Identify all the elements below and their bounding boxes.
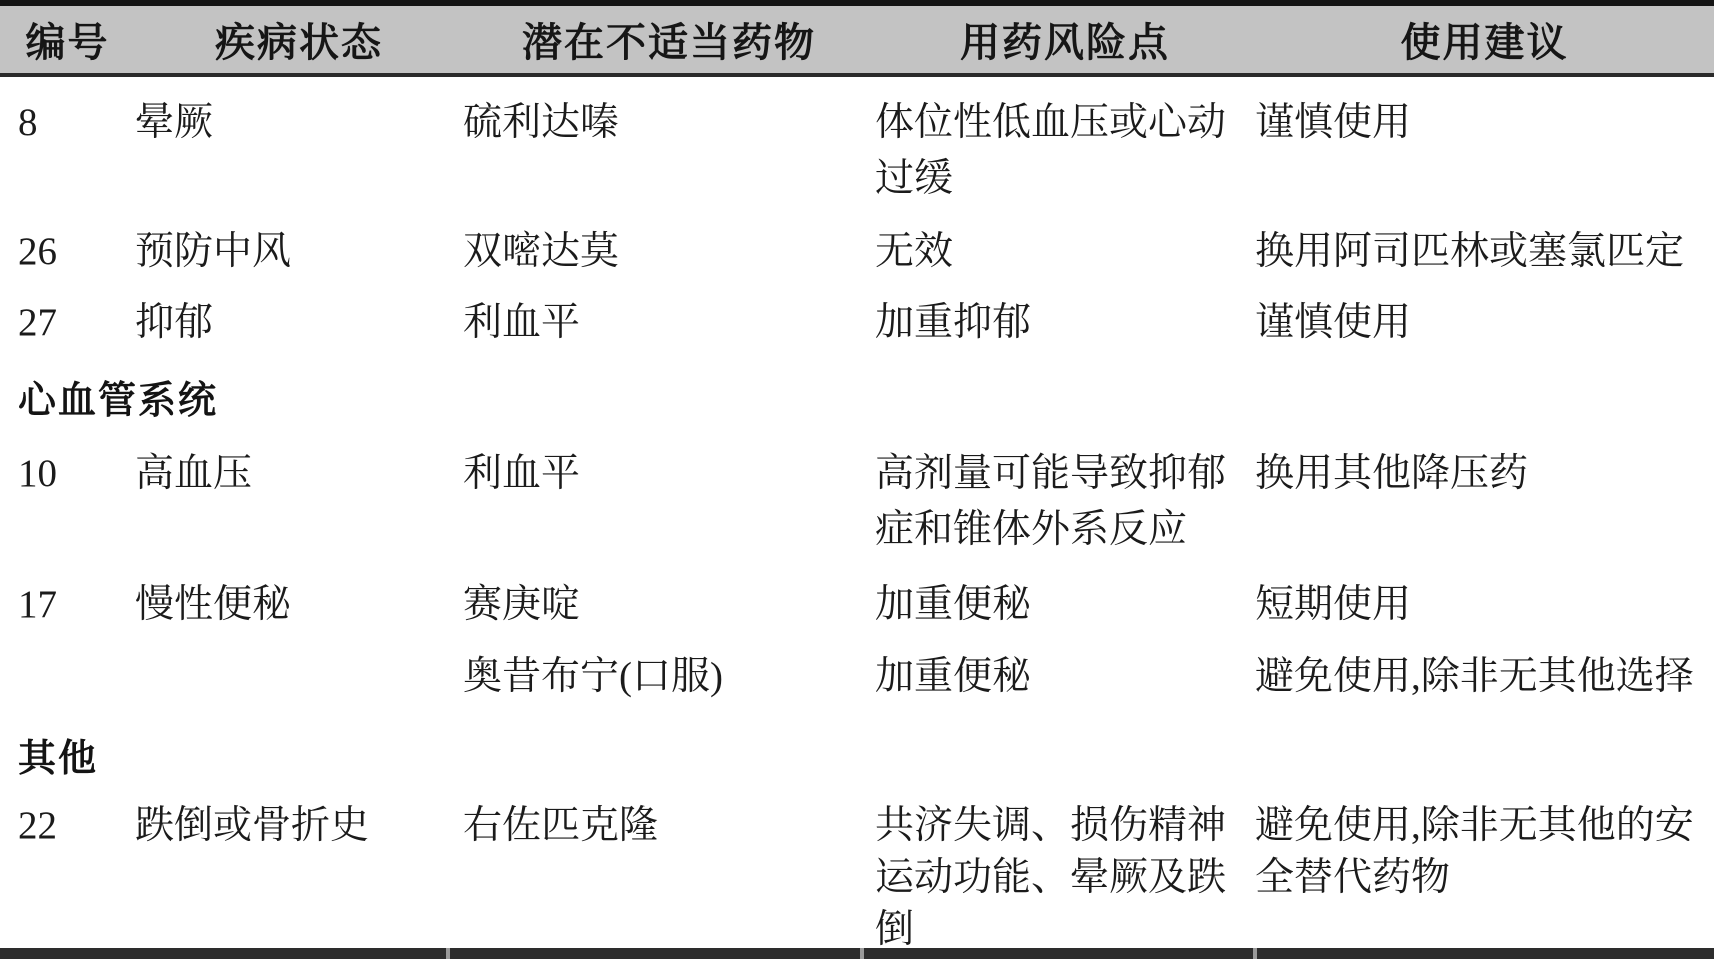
table-row: 22跌倒或骨折史右佐匹克隆共济失调、损伤精神 运动功能、晕厥及跌 倒避免使用,除… [0, 800, 1714, 956]
table-row: 27抑郁利血平加重抑郁谨慎使用 [0, 295, 1714, 351]
cell-advice: 谨慎使用 [1255, 295, 1714, 351]
cell-no: 17 [0, 577, 135, 633]
cell-risk: 加重抑郁 [875, 295, 1255, 351]
cell-drug: 利血平 [463, 446, 875, 502]
cell-no: 8 [0, 95, 135, 151]
cell-disease: 预防中风 [135, 224, 463, 280]
table-row: 17慢性便秘赛庚啶加重便秘短期使用 [0, 577, 1714, 633]
cell-advice: 避免使用,除非无其他的安 全替代药物 [1255, 800, 1714, 904]
section-header-row: 心血管系统 [0, 373, 1714, 429]
cell-advice: 换用其他降压药 [1255, 446, 1714, 502]
header-cell-drug: 潜在不适当药物 [463, 11, 875, 68]
cell-disease: 抑郁 [135, 295, 463, 351]
header-cell-disease: 疾病状态 [135, 11, 463, 68]
cell-drug: 利血平 [463, 295, 875, 351]
cell-drug: 右佐匹克隆 [463, 800, 875, 852]
table-row: 奥昔布宁(口服)加重便秘避免使用,除非无其他选择 [0, 649, 1714, 705]
table-row: 26预防中风双嘧达莫无效换用阿司匹林或塞氯匹定 [0, 224, 1714, 280]
cell-drug: 硫利达嗪 [463, 95, 875, 151]
cell-disease: 慢性便秘 [135, 577, 463, 633]
cell-advice: 谨慎使用 [1255, 95, 1714, 151]
cell-drug: 奥昔布宁(口服) [463, 649, 875, 705]
cell-drug: 赛庚啶 [463, 577, 875, 633]
cell-advice: 换用阿司匹林或塞氯匹定 [1255, 224, 1714, 280]
table-bottom-rule [0, 948, 1714, 959]
cell-drug: 双嘧达莫 [463, 224, 875, 280]
table-row: 10高血压利血平高剂量可能导致抑郁 症和锥体外系反应换用其他降压药 [0, 446, 1714, 558]
table-body: 8晕厥硫利达嗪体位性低血压或心动 过缓谨慎使用26预防中风双嘧达莫无效换用阿司匹… [0, 77, 1714, 956]
cell-advice: 避免使用,除非无其他选择 [1255, 649, 1714, 705]
cell-risk: 加重便秘 [875, 577, 1255, 633]
cell-disease: 晕厥 [135, 95, 463, 151]
table-row: 8晕厥硫利达嗪体位性低血压或心动 过缓谨慎使用 [0, 95, 1714, 207]
cell-advice: 短期使用 [1255, 577, 1714, 633]
cell-risk: 体位性低血压或心动 过缓 [875, 95, 1255, 207]
table-header-row: 编号 疾病状态 潜在不适当药物 用药风险点 使用建议 [0, 6, 1714, 77]
cell-disease: 跌倒或骨折史 [135, 800, 463, 852]
header-cell-advice: 使用建议 [1255, 11, 1714, 68]
cell-no: 26 [0, 224, 135, 280]
cell-risk: 加重便秘 [875, 649, 1255, 705]
cell-risk: 高剂量可能导致抑郁 症和锥体外系反应 [875, 446, 1255, 558]
header-cell-no: 编号 [0, 11, 135, 68]
cell-no: 27 [0, 295, 135, 351]
cell-no: 22 [0, 800, 135, 852]
cell-risk: 共济失调、损伤精神 运动功能、晕厥及跌 倒 [875, 800, 1255, 956]
cell-risk: 无效 [875, 224, 1255, 280]
cell-no: 10 [0, 446, 135, 502]
cell-disease: 高血压 [135, 446, 463, 502]
table-page: 编号 疾病状态 潜在不适当药物 用药风险点 使用建议 8晕厥硫利达嗪体位性低血压… [0, 0, 1714, 959]
header-cell-risk: 用药风险点 [875, 11, 1255, 68]
section-header-row: 其他 [0, 731, 1714, 787]
